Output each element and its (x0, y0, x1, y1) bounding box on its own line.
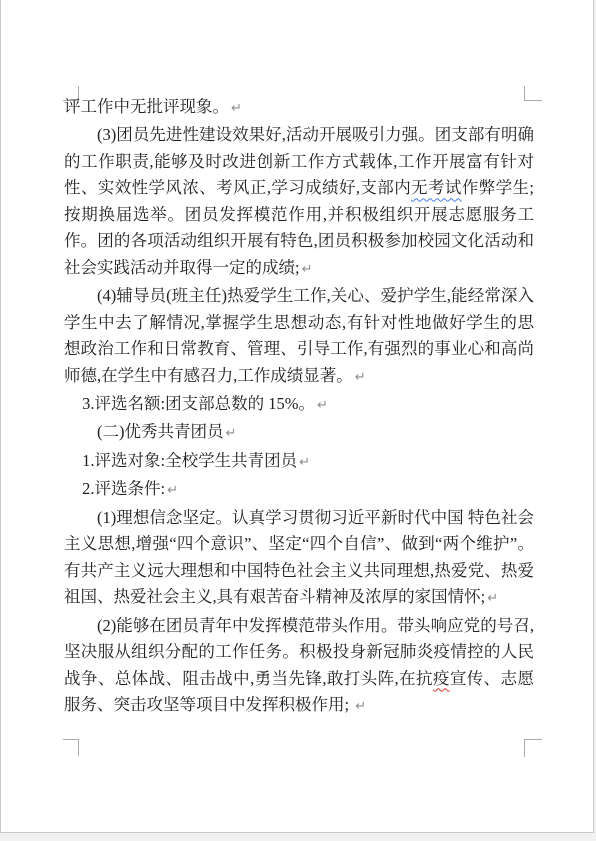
text-run: 1.评选对象:全校学生共青团员 (82, 451, 297, 470)
document-page: 评工作中无批评现象。↵(3)团员先进性建设效果好,活动开展吸引力强。团支部有明确… (0, 0, 594, 833)
paragraph: (4)辅导员(班主任)热爱学生工作,关心、爱护学生,能经常深入学生中去了解情况,… (64, 283, 534, 391)
paragraph-mark-icon: ↵ (315, 398, 328, 413)
paragraph-mark-icon: ↵ (224, 426, 237, 441)
text-run: (二)优秀共青团员 (97, 422, 224, 441)
paragraph: (3)团员先进性建设效果好,活动开展吸引力强。团支部有明确的工作职责,能够及时改… (64, 122, 534, 283)
paragraph: 3.评选名额:团支部总数的 15%。↵ (64, 391, 534, 419)
paragraph-mark-icon: ↵ (485, 591, 498, 606)
paragraph-mark-icon: ↵ (297, 455, 310, 470)
text-run: 3.评选名额:团支部总数的 15%。 (82, 394, 315, 413)
document-body[interactable]: 评工作中无批评现象。↵(3)团员先进性建设效果好,活动开展吸引力强。团支部有明确… (64, 94, 534, 720)
paragraph: 2.评选条件:↵ (64, 476, 534, 504)
text-boundary-mark-bottom-left (63, 739, 79, 756)
paragraph-mark-icon: ↵ (229, 101, 242, 116)
paragraph-mark-icon: ↵ (353, 699, 366, 714)
paragraph: 1.评选对象:全校学生共青团员↵ (64, 448, 534, 476)
text-run: 2.评选条件: (82, 479, 165, 498)
paragraph-mark-icon: ↵ (353, 370, 366, 385)
spellcheck-red-text: 疫 (433, 669, 450, 688)
paragraph: (二)优秀共青团员↵ (64, 419, 534, 447)
text-run: 评工作中无批评现象。 (64, 97, 229, 116)
paragraph: (2)能够在团员青年中发挥模范带头作用。带头响应党的号召,坚决服从组织分配的工作… (64, 613, 534, 721)
paragraph: (1)理想信念坚定。认真学习贯彻习近平新时代中国 特色社会主义思想,增强“四个意… (64, 505, 534, 613)
spellcheck-blue-text: 无考试 (411, 178, 462, 197)
text-run: (1)理想信念坚定。认真学习贯彻习近平新时代中国 特色社会主义思想,增强“四个意… (64, 508, 534, 606)
paragraph-mark-icon: ↵ (165, 483, 178, 498)
text-boundary-mark-bottom-right (524, 739, 542, 757)
paragraph-mark-icon: ↵ (300, 262, 313, 277)
paragraph: 评工作中无批评现象。↵ (64, 94, 534, 122)
text-run: (4)辅导员(班主任)热爱学生工作,关心、爱护学生,能经常深入学生中去了解情况,… (64, 286, 534, 384)
